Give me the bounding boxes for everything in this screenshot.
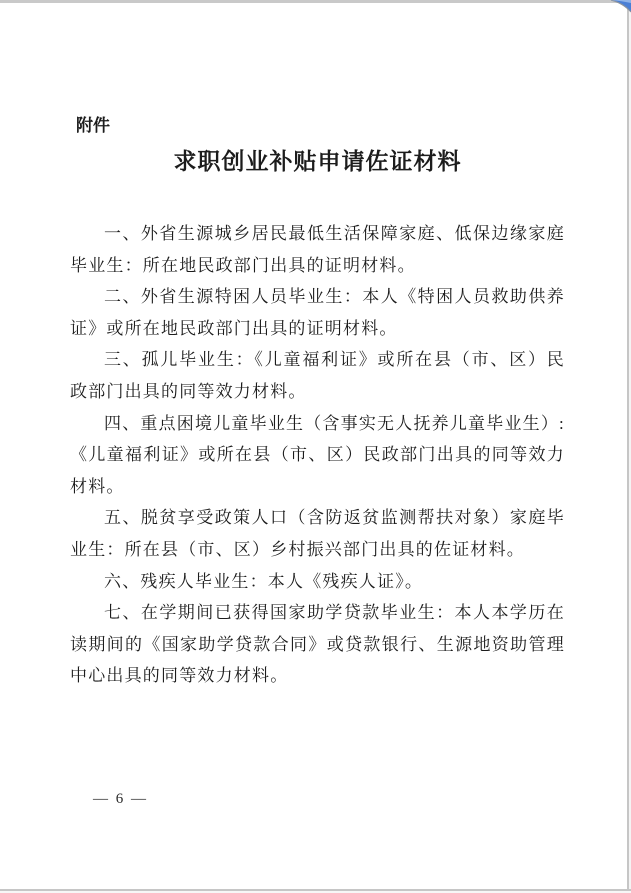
body-paragraph-2: 二、外省生源特困人员毕业生：本人《特困人员救助供养证》或所在地民政部门出具的证明… [70,281,565,344]
page-title: 求职创业补贴申请佐证材料 [70,146,565,176]
page-bottom-edge [0,889,631,891]
page-right-edge [627,3,629,890]
page-content: 附件 求职创业补贴申请佐证材料 一、外省生源城乡居民最低生活保障家庭、低保边缘家… [70,0,565,692]
document-body: 一、外省生源城乡居民最低生活保障家庭、低保边缘家庭毕业生：所在地民政部门出具的证… [70,218,565,692]
page-number: — 6 — [93,791,148,808]
body-paragraph-6: 六、残疾人毕业生：本人《残疾人证》。 [70,566,565,598]
body-paragraph-5: 五、脱贫享受政策人口（含防返贫监测帮扶对象）家庭毕业生：所在县（市、区）乡村振兴… [70,502,565,565]
body-paragraph-7: 七、在学期间已获得国家助学贷款毕业生：本人本学历在读期间的《国家助学贷款合同》或… [70,597,565,692]
body-paragraph-4: 四、重点困境儿童毕业生（含事实无人抚养儿童毕业生）:《儿童福利证》或所在县（市、… [70,408,565,503]
body-paragraph-1: 一、外省生源城乡居民最低生活保障家庭、低保边缘家庭毕业生：所在地民政部门出具的证… [70,218,565,281]
attachment-label: 附件 [76,0,565,137]
body-paragraph-3: 三、孤儿毕业生：《儿童福利证》或所在县（市、区）民政部门出具的同等效力材料。 [70,344,565,407]
document-page: 附件 求职创业补贴申请佐证材料 一、外省生源城乡居民最低生活保障家庭、低保边缘家… [0,0,631,893]
page-curl-icon [609,0,631,13]
